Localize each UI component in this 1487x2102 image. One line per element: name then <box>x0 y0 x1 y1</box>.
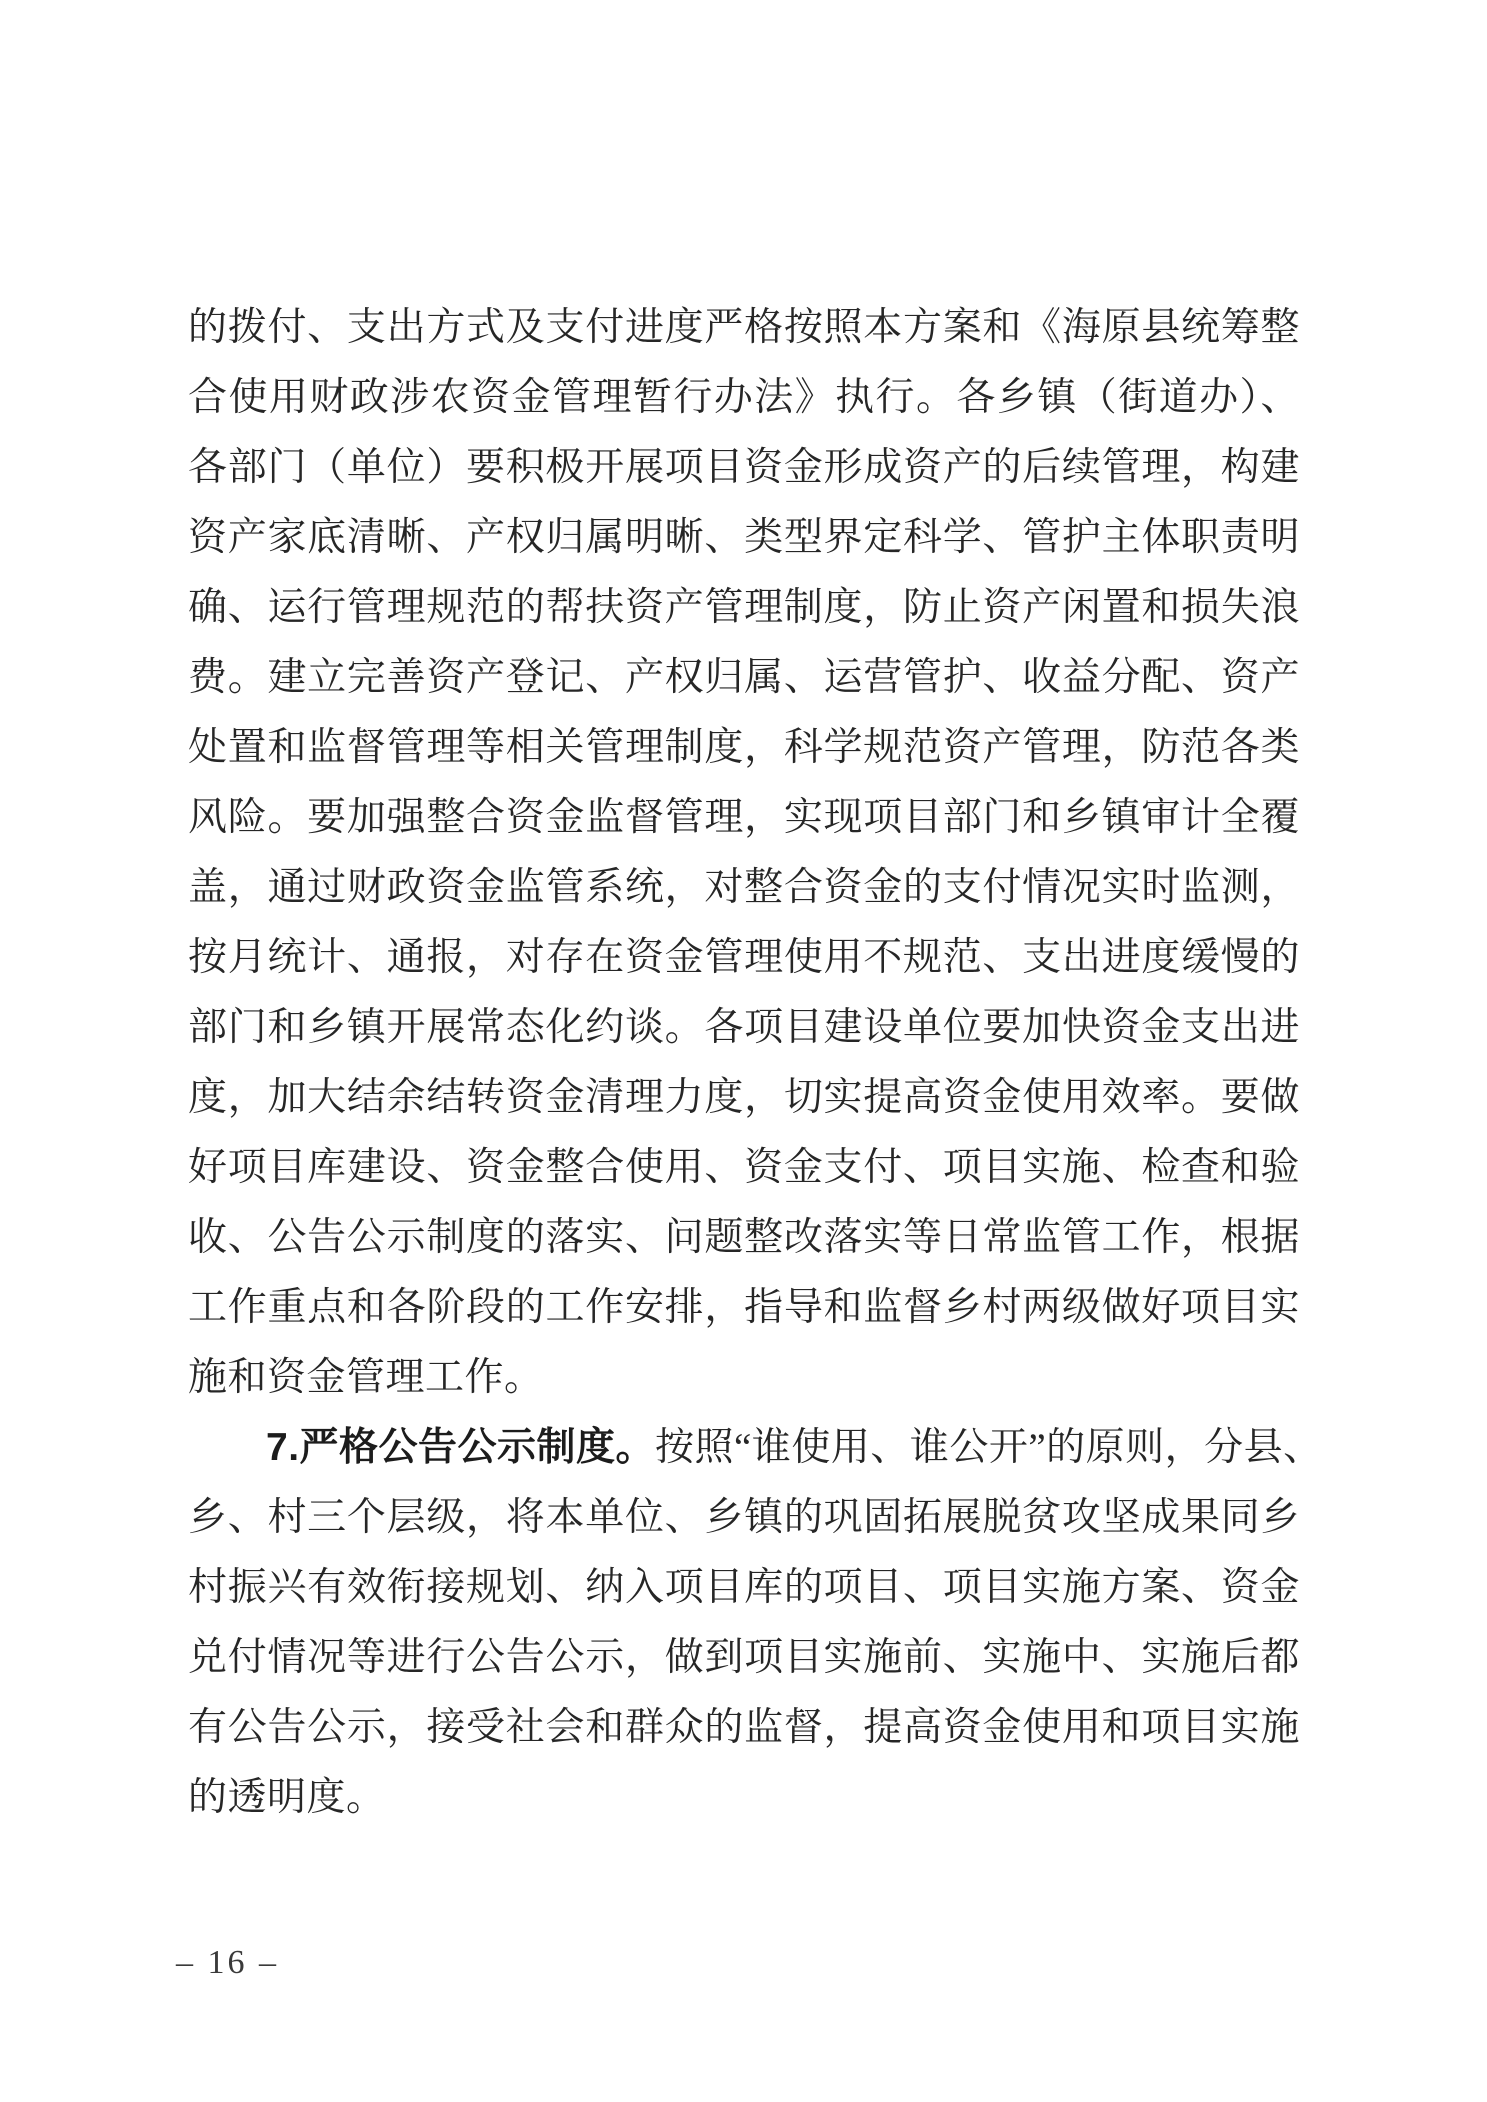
text-line: 度，加大结余结转资金清理力度，切实提高资金使用效率。要做 <box>188 1063 1300 1133</box>
section-body-text: 按照“谁使用、谁公开”的原则，分县、 <box>655 1426 1323 1469</box>
text-line: 处置和监督管理等相关管理制度，科学规范资产管理，防范各类 <box>188 713 1300 783</box>
text-line: 合使用财政涉农资金管理暂行办法》执行。各乡镇（街道办）、 <box>188 363 1300 433</box>
text-line: 确、运行管理规范的帮扶资产管理制度，防止资产闲置和损失浪 <box>188 573 1300 643</box>
document-body: 的拨付、支出方式及支付进度严格按照本方案和《海原县统筹整 合使用财政涉农资金管理… <box>188 293 1300 1833</box>
text-line: 资产家底清晰、产权归属明晰、类型界定科学、管护主体职责明 <box>188 503 1300 573</box>
page-footer: – 16 – <box>176 1938 279 1988</box>
text-line: 风险。要加强整合资金监督管理，实现项目部门和乡镇审计全覆 <box>188 783 1300 853</box>
text-line: 按月统计、通报，对存在资金管理使用不规范、支出进度缓慢的 <box>188 923 1300 993</box>
text-line: 兑付情况等进行公告公示，做到项目实施前、实施中、实施后都 <box>188 1623 1300 1693</box>
text-line: 有公告公示，接受社会和群众的监督，提高资金使用和项目实施 <box>188 1693 1300 1763</box>
text-line: 收、公告公示制度的落实、问题整改落实等日常监管工作，根据 <box>188 1203 1300 1273</box>
page-number: – 16 – <box>176 1944 279 1981</box>
text-line: 部门和乡镇开展常态化约谈。各项目建设单位要加快资金支出进 <box>188 993 1300 1063</box>
text-line: 的透明度。 <box>188 1763 1300 1833</box>
text-line: 施和资金管理工作。 <box>188 1343 1300 1413</box>
section-heading: 7.严格公告公示制度。 <box>266 1426 655 1469</box>
text-line: 费。建立完善资产登记、产权归属、运营管护、收益分配、资产 <box>188 643 1300 713</box>
text-line: 村振兴有效衔接规划、纳入项目库的项目、项目实施方案、资金 <box>188 1553 1300 1623</box>
text-line-section-start: 7.严格公告公示制度。按照“谁使用、谁公开”的原则，分县、 <box>188 1413 1300 1483</box>
text-line: 的拨付、支出方式及支付进度严格按照本方案和《海原县统筹整 <box>188 293 1300 363</box>
text-line: 乡、村三个层级，将本单位、乡镇的巩固拓展脱贫攻坚成果同乡 <box>188 1483 1300 1553</box>
text-line: 工作重点和各阶段的工作安排，指导和监督乡村两级做好项目实 <box>188 1273 1300 1343</box>
text-line: 各部门（单位）要积极开展项目资金形成资产的后续管理，构建 <box>188 433 1300 503</box>
text-line: 好项目库建设、资金整合使用、资金支付、项目实施、检查和验 <box>188 1133 1300 1203</box>
text-line: 盖，通过财政资金监管系统，对整合资金的支付情况实时监测， <box>188 853 1300 923</box>
document-page: 的拨付、支出方式及支付进度严格按照本方案和《海原县统筹整 合使用财政涉农资金管理… <box>0 0 1487 2102</box>
